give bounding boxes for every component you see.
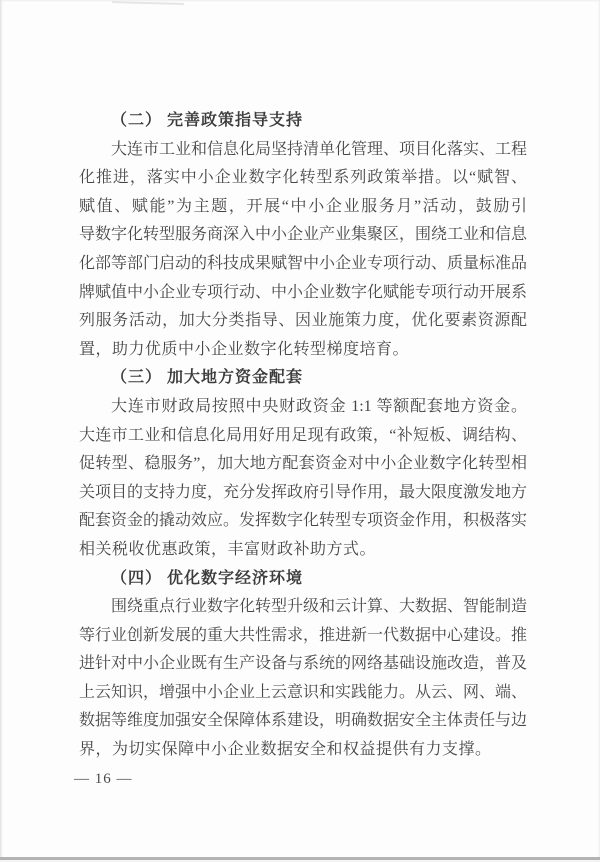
section-heading: （三） 加大地方资金配套 bbox=[79, 364, 527, 393]
document-page: （二） 完善政策指导支持 大连市工业和信息化局坚持清单化管理、项目化落实、工程 … bbox=[0, 0, 600, 862]
text-line: 等行业创新发展的重大共性需求，推进新一代数据中心建设。推 bbox=[79, 622, 527, 651]
text-line: 化部等部门启动的科技成果赋智中小企业专项行动、质量标准品 bbox=[79, 250, 527, 279]
text-line: 相关税收优惠政策，丰富财政补助方式。 bbox=[79, 536, 527, 565]
text-line: 赋值、赋能”为主题，开展“中小企业服务月”活动，鼓励引 bbox=[79, 193, 527, 222]
page-number: — 16 — bbox=[74, 768, 133, 790]
text-line: 置，助力优质中小企业数字化转型梯度培育。 bbox=[79, 336, 527, 365]
text-line: 配套资金的撬动效应。发挥数字化转型专项资金作用，积极落实 bbox=[79, 507, 527, 536]
text-line: 促转型、稳服务”，加大地方配套资金对中小企业数字化转型相 bbox=[79, 450, 527, 479]
text-line: 上云知识，增强中小企业上云意识和实践能力。从云、网、端、 bbox=[79, 679, 527, 708]
text-block: （二） 完善政策指导支持 大连市工业和信息化局坚持清单化管理、项目化落实、工程 … bbox=[79, 107, 527, 765]
section-heading: （二） 完善政策指导支持 bbox=[79, 107, 527, 136]
text-line: 大连市工业和信息化局坚持清单化管理、项目化落实、工程 bbox=[79, 136, 527, 165]
text-line: 进针对中小企业既有生产设备与系统的网络基础设施改造，普及 bbox=[79, 650, 527, 679]
text-line: 数据等维度加强安全保障体系建设，明确数据安全主体责任与边 bbox=[79, 707, 527, 736]
text-line: 牌赋值中小企业专项行动、中小企业数字化赋能专项行动开展系 bbox=[79, 279, 527, 308]
scan-edge-left bbox=[0, 0, 3, 862]
text-line: 导数字化转型服务商深入中小企业产业集聚区，围绕工业和信息 bbox=[79, 221, 527, 250]
section-heading: （四） 优化数字经济环境 bbox=[79, 565, 527, 594]
text-line: 大连市财政局按照中央财政资金 1:1 等额配套地方资金。 bbox=[79, 393, 527, 422]
text-line: 界，为切实保障中小企业数据安全和权益提供有力支撑。 bbox=[79, 736, 527, 765]
text-line: 围绕重点行业数字化转型升级和云计算、大数据、智能制造 bbox=[79, 593, 527, 622]
text-line: 关项目的支持力度，充分发挥政府引导作用，最大限度激发地方 bbox=[79, 479, 527, 508]
text-line: 化推进，落实中小企业数字化转型系列政策举措。以“赋智、 bbox=[79, 164, 527, 193]
text-line: 列服务活动，加大分类指导、因业施策力度，优化要素资源配 bbox=[79, 307, 527, 336]
text-line: 大连市工业和信息化局用好用足现有政策，“补短板、调结构、 bbox=[79, 422, 527, 451]
scan-edge-top bbox=[0, 0, 600, 2]
